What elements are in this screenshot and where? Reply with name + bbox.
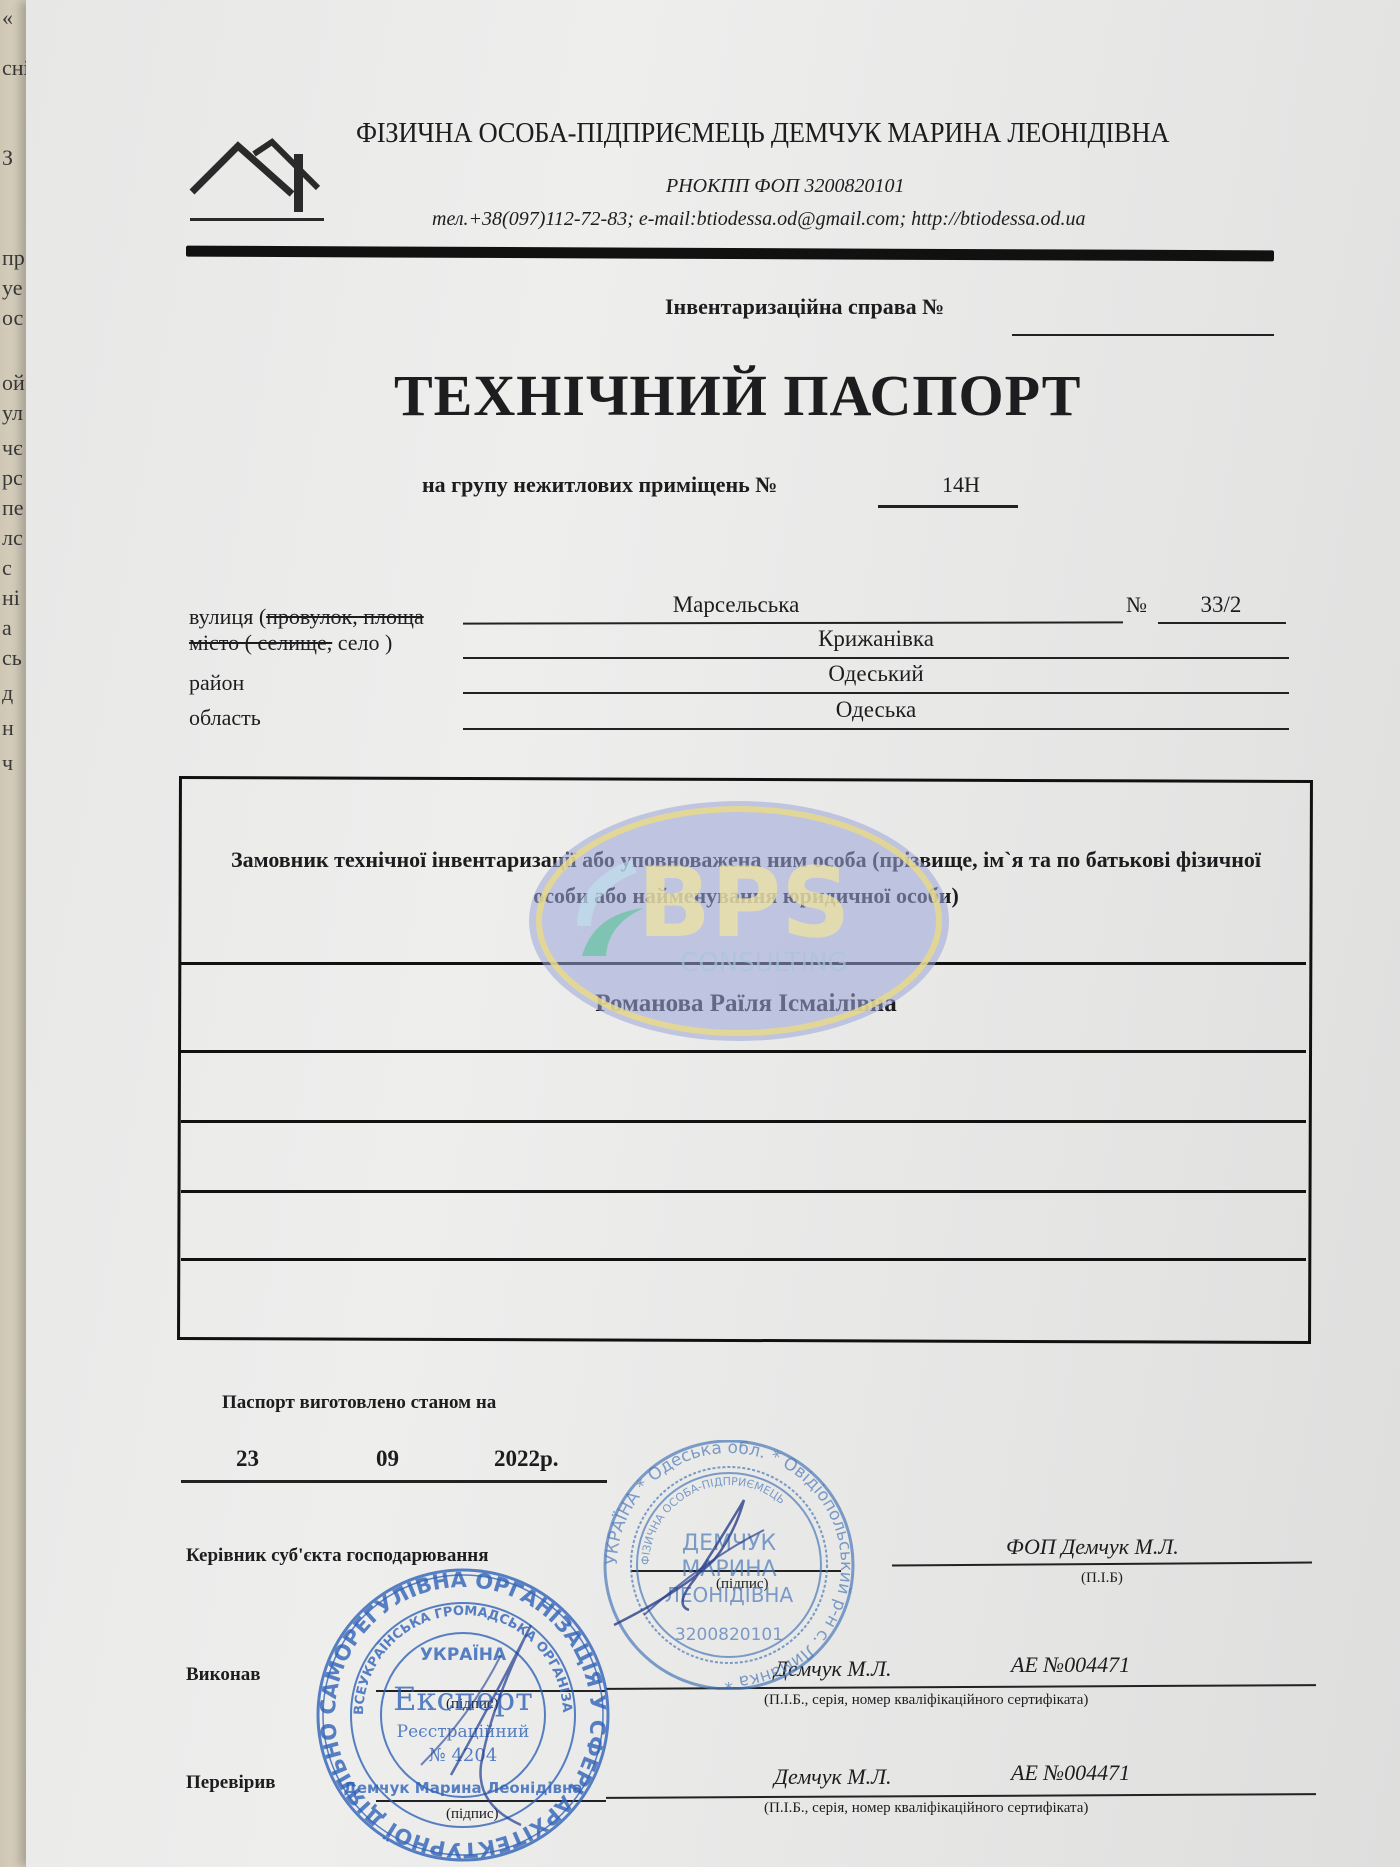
technical-passport-page: ФІЗИЧНА ОСОБА-ПІДПРИЄМЕЦЬ ДЕМЧУК МАРИНА … bbox=[26, 0, 1400, 1867]
underlying-text-fragment: « bbox=[2, 5, 13, 31]
svg-text:ДЕМЧУК: ДЕМЧУК bbox=[682, 1531, 777, 1556]
customer-box-rule bbox=[181, 1190, 1306, 1193]
underlying-text-fragment: лс bbox=[2, 525, 23, 551]
prepared-date-label: Паспорт виготовлено станом на bbox=[222, 1392, 496, 1414]
street-label: вулиця (провулок, площа bbox=[189, 604, 424, 630]
underlying-text-fragment: с bbox=[2, 555, 12, 581]
name-line-checked bbox=[606, 1793, 1316, 1799]
prepared-month: 09 bbox=[376, 1446, 399, 1472]
svg-text:ВСЕУКРАЇНСЬКА ГРОМАДСЬКА ОРГАН: ВСЕУКРАЇНСЬКА ГРОМАДСЬКА ОРГАНІЗАЦІЯ bbox=[301, 1565, 574, 1715]
region-value: Одеська bbox=[666, 697, 1086, 723]
signature-hint-head: (підпис) bbox=[716, 1576, 769, 1593]
customer-heading: Замовник технічної інвентаризації або уп… bbox=[206, 842, 1286, 914]
house-number-value: 33/2 bbox=[1166, 592, 1276, 618]
name-line-performed bbox=[606, 1684, 1316, 1690]
document-title: ТЕХНІЧНИЙ ПАСПОРТ bbox=[394, 362, 1081, 429]
prepared-year: 2022р. bbox=[494, 1446, 559, 1472]
street-label-text: вулиця ( bbox=[189, 604, 266, 629]
district-value: Одеський bbox=[666, 661, 1086, 687]
certificate-performed: АЕ №004471 bbox=[1011, 1652, 1130, 1678]
prepared-day: 23 bbox=[236, 1446, 259, 1472]
underlying-text-fragment: ч bbox=[2, 750, 13, 776]
signer-name-performed: Демчук М.Л. bbox=[774, 1656, 892, 1682]
contact-line: тел.+38(097)112-72-83; e-mail:btiodessa.… bbox=[432, 208, 1086, 231]
region-underline bbox=[463, 728, 1289, 730]
city-value: Крижанівка bbox=[666, 626, 1086, 652]
underlying-text-fragment: уе bbox=[2, 275, 22, 301]
certificate-checked: АЕ №004471 bbox=[1011, 1760, 1130, 1786]
signature-hint-performed: (підпис) bbox=[446, 1696, 499, 1713]
district-underline bbox=[463, 692, 1289, 694]
premises-group-number: 14Н bbox=[906, 472, 1016, 498]
underlying-text-fragment: рс bbox=[2, 465, 23, 491]
city-label-struck: місто ( селище, bbox=[189, 630, 332, 655]
region-label: область bbox=[189, 705, 261, 731]
name-hint-performed: (П.І.Б., серія, номер кваліфікаційного с… bbox=[764, 1692, 1088, 1709]
svg-text:3200820101: 3200820101 bbox=[675, 1625, 783, 1645]
signature-hint-checked: (підпис) bbox=[446, 1806, 499, 1823]
customer-name: Романова Раїля Ісмаілівна bbox=[206, 990, 1286, 1018]
underlying-text-fragment: З bbox=[2, 145, 13, 171]
name-line-head bbox=[892, 1562, 1312, 1567]
premises-group-underline bbox=[878, 505, 1018, 508]
header-divider bbox=[186, 246, 1274, 262]
signer-name-checked: Демчук М.Л. bbox=[774, 1764, 892, 1790]
name-hint-checked: (П.І.Б., серія, номер кваліфікаційного с… bbox=[764, 1800, 1088, 1817]
svg-text:УКРАЇНА: УКРАЇНА bbox=[420, 1643, 507, 1665]
house-roof-icon bbox=[188, 130, 328, 226]
signature-line-head bbox=[631, 1570, 841, 1572]
svg-text:Реєстраційний: Реєстраційний bbox=[397, 1722, 530, 1742]
house-number-underline bbox=[1158, 622, 1286, 624]
underlying-text-fragment: ос bbox=[2, 305, 23, 331]
customer-box-rule bbox=[181, 1120, 1306, 1123]
city-underline bbox=[463, 657, 1289, 659]
inventory-case-label: Інвентаризаційна справа № bbox=[665, 294, 944, 320]
house-number-label: № bbox=[1126, 592, 1147, 618]
signature-role-checked: Перевірив bbox=[186, 1772, 276, 1794]
signer-name-head: ФОП Демчук М.Л. bbox=[1006, 1534, 1179, 1560]
premises-group-label: на групу нежитлових приміщень № bbox=[422, 472, 777, 498]
underlying-text-fragment: а bbox=[2, 615, 12, 641]
underlying-text-fragment: ой bbox=[2, 370, 25, 396]
city-label: місто ( селище, село ) bbox=[189, 630, 392, 656]
underlying-text-fragment: чє bbox=[2, 435, 23, 461]
customer-box-rule bbox=[181, 962, 1306, 965]
underlying-text-fragment: ул bbox=[2, 400, 23, 426]
company-name: ФІЗИЧНА ОСОБА-ПІДПРИЄМЕЦЬ ДЕМЧУК МАРИНА … bbox=[356, 118, 1169, 150]
tax-id: РНОКПП ФОП 3200820101 bbox=[666, 175, 905, 198]
underlying-text-fragment: н bbox=[2, 715, 14, 741]
customer-box-rule bbox=[181, 1050, 1306, 1053]
underlying-text-fragment: д bbox=[2, 680, 13, 706]
inventory-case-field bbox=[1012, 334, 1274, 336]
customer-box-rule bbox=[181, 1258, 1306, 1261]
underlying-text-fragment: пр bbox=[2, 245, 25, 271]
signature-role-performed: Виконав bbox=[186, 1664, 261, 1686]
signature-line-checked bbox=[376, 1800, 606, 1802]
svg-text:№ 4204: № 4204 bbox=[429, 1745, 498, 1766]
signature-line-performed bbox=[376, 1690, 606, 1692]
fop-stamp-seal: УКРАЇНА * Одеська обл. * Овідіопольський… bbox=[594, 1440, 864, 1690]
underlying-text-fragment: ні bbox=[2, 585, 20, 611]
svg-text:ФІЗИЧНА ОСОБА-ПІДПРИЄМЕЦЬ: ФІЗИЧНА ОСОБА-ПІДПРИЄМЕЦЬ bbox=[639, 1475, 788, 1565]
svg-text:Демчук Марина Леонідівна: Демчук Марина Леонідівна bbox=[344, 1779, 583, 1797]
name-hint-head: (П.І.Б) bbox=[1081, 1570, 1123, 1587]
underlying-text-fragment: пе bbox=[2, 495, 24, 521]
underlying-text-fragment: сь bbox=[2, 645, 22, 671]
street-underline bbox=[463, 621, 1123, 624]
street-label-struck: провулок, площа bbox=[266, 604, 424, 629]
district-label: район bbox=[189, 670, 244, 696]
city-label-text: село ) bbox=[332, 630, 392, 655]
svg-text:УКРАЇНА * Одеська обл. * Овіді: УКРАЇНА * Одеська обл. * Овідіопольський… bbox=[602, 1440, 856, 1690]
prepared-date-underline bbox=[181, 1480, 607, 1483]
street-value: Марсельська bbox=[586, 592, 886, 618]
signature-role-head: Керівник суб'єкта господарювання bbox=[186, 1545, 489, 1567]
